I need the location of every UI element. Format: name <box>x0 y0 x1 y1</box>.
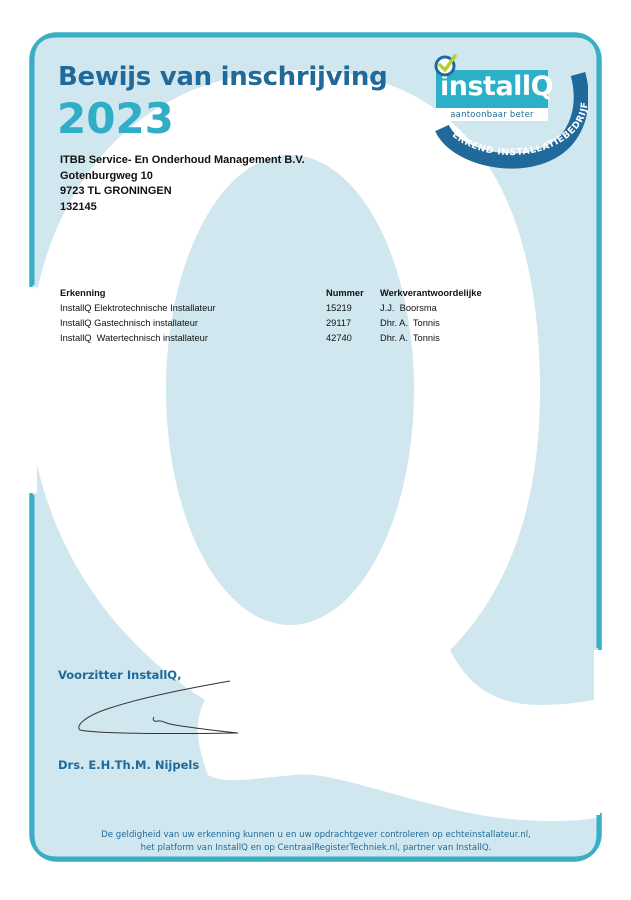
cell-nummer: 42740 <box>326 331 352 346</box>
company-name: ITBB Service- En Onderhoud Management B.… <box>60 153 305 169</box>
checkmark-circle-icon <box>433 52 459 78</box>
table-row: InstallQ Watertechnisch installateur 427… <box>60 331 580 346</box>
cell-werkverantwoordelijke: Dhr. A. Tonnis <box>380 316 440 331</box>
footer-line-1: De geldigheid van uw erkenning kunnen u … <box>40 829 592 842</box>
cell-erkenning: InstallQ Watertechnisch installateur <box>60 331 208 346</box>
header-erkenning: Erkenning <box>60 286 105 301</box>
recognitions-table: Erkenning Nummer Werkverantwoordelijke I… <box>60 286 580 346</box>
footer-note: De geldigheid van uw erkenning kunnen u … <box>40 829 592 855</box>
cell-werkverantwoordelijke: Dhr. A. Tonnis <box>380 331 440 346</box>
signature <box>70 676 250 746</box>
cell-werkverantwoordelijke: J.J. Boorsma <box>380 301 437 316</box>
document-year: 2023 <box>57 98 174 140</box>
company-city: 9723 TL GRONINGEN <box>60 184 305 200</box>
table-row: InstallQ Elektrotechnische Installateur … <box>60 301 580 316</box>
header-nummer: Nummer <box>326 286 364 301</box>
cell-erkenning: InstallQ Elektrotechnische Installateur <box>60 301 216 316</box>
document-title: Bewijs van inschrijving <box>58 62 387 92</box>
table-row: InstallQ Gastechnisch installateur 29117… <box>60 316 580 331</box>
cell-erkenning: InstallQ Gastechnisch installateur <box>60 316 198 331</box>
logo-tagline: aantoonbaar beter <box>436 108 548 121</box>
header-werkverantwoordelijke: Werkverantwoordelijke <box>380 286 482 301</box>
signatory-name: Drs. E.H.Th.M. Nijpels <box>58 758 199 772</box>
company-number: 132145 <box>60 200 305 216</box>
installq-logo: ERKEND INSTALLATIEBEDRIJF installQ aanto… <box>428 48 588 178</box>
cell-nummer: 15219 <box>326 301 352 316</box>
company-street: Gotenburgweg 10 <box>60 169 305 185</box>
company-address: ITBB Service- En Onderhoud Management B.… <box>60 153 305 215</box>
table-header: Erkenning Nummer Werkverantwoordelijke <box>60 286 580 301</box>
footer-line-2: het platform van InstallQ en op Centraal… <box>40 842 592 855</box>
cell-nummer: 29117 <box>326 316 351 331</box>
